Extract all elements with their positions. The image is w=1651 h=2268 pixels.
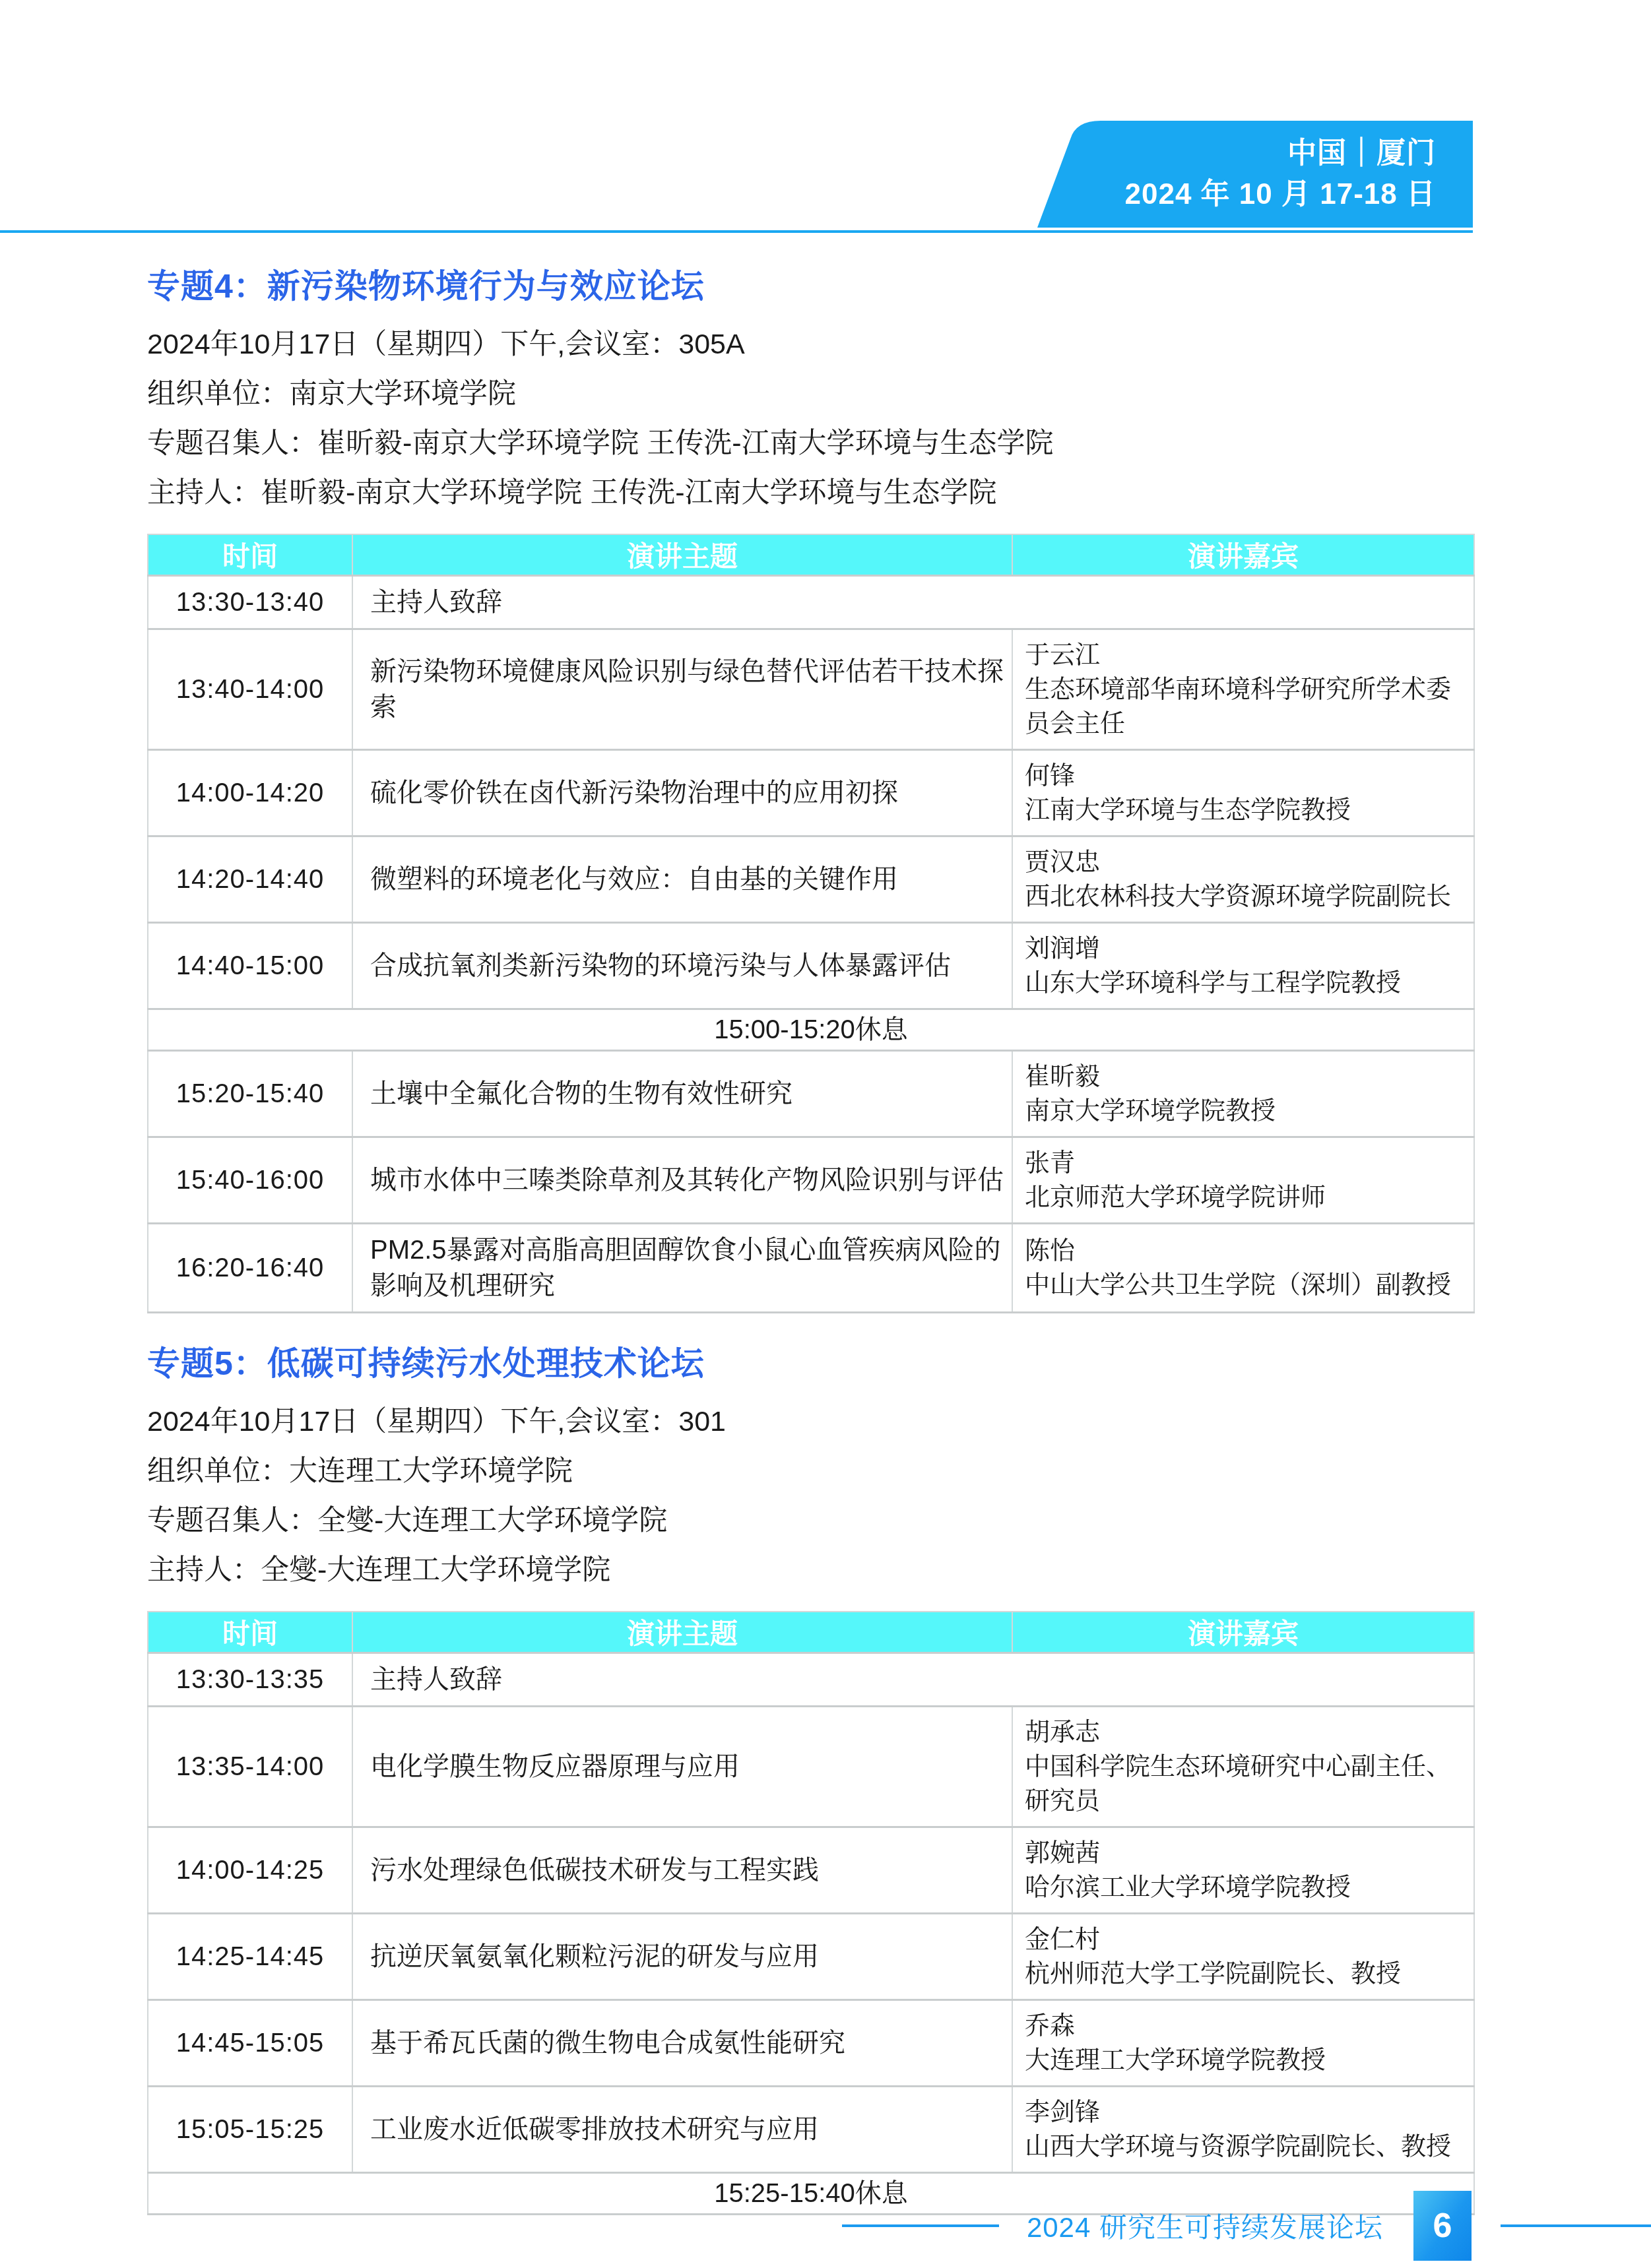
time-cell: 15:40-16:00 (148, 1137, 352, 1224)
break-row: 15:00-15:20休息 (148, 1009, 1474, 1051)
time-cell: 14:20-14:40 (148, 836, 352, 923)
section-meta: 2024年10月17日（星期四）下午,会议室：301组织单位：大连理工大学环境学… (147, 1407, 1473, 1585)
table-body: 13:30-13:40主持人致辞13:40-14:00新污染物环境健康风险识别与… (148, 576, 1474, 1313)
footer-divider-right (1501, 2224, 1651, 2227)
guest-name: 刘润增 (1025, 931, 1467, 966)
schedule-row: 13:35-14:00电化学膜生物反应器原理与应用胡承志中国科学院生态环境研究中… (148, 1707, 1474, 1827)
guest-cell: 崔昕毅南京大学环境学院教授 (1012, 1051, 1474, 1137)
time-cell: 14:45-15:05 (148, 2000, 352, 2087)
column-header: 时间 (148, 1612, 352, 1653)
guest-cell: 陈怡中山大学公共卫生学院（深圳）副教授 (1012, 1224, 1474, 1313)
schedule-row: 14:25-14:45抗逆厌氧氨氧化颗粒污泥的研发与应用金仁村杭州师范大学工学院… (148, 1914, 1474, 2000)
section-title: 专题5：低碳可持续污水处理技术论坛 (147, 1344, 1473, 1383)
section-meta-line: 主持人：崔昕毅-南京大学环境学院 王传洗-江南大学环境与生态学院 (147, 478, 1473, 507)
guest-affiliation: 山东大学环境科学与工程学院教授 (1025, 966, 1467, 1000)
time-cell: 13:30-13:35 (148, 1653, 352, 1707)
time-cell: 15:20-15:40 (148, 1051, 352, 1137)
topic-cell: 主持人致辞 (352, 1653, 1474, 1707)
guest-name: 郭婉茜 (1025, 1836, 1467, 1870)
topic-cell: 城市水体中三嗪类除草剂及其转化产物风险识别与评估 (352, 1137, 1012, 1224)
column-header: 演讲嘉宾 (1012, 1612, 1474, 1653)
guest-cell: 金仁村杭州师范大学工学院副院长、教授 (1012, 1914, 1474, 2000)
topic-cell: 合成抗氧剂类新污染物的环境污染与人体暴露评估 (352, 923, 1012, 1009)
schedule-row: 14:45-15:05基于希瓦氏菌的微生物电合成氨性能研究乔森大连理工大学环境学… (148, 2000, 1474, 2087)
table-header-row: 时间演讲主题演讲嘉宾 (148, 1612, 1474, 1653)
time-cell: 14:00-14:25 (148, 1827, 352, 1914)
guest-cell: 郭婉茜哈尔滨工业大学环境学院教授 (1012, 1827, 1474, 1914)
section-meta-line: 专题召集人：全燮-大连理工大学环境学院 (147, 1506, 1473, 1535)
section-title: 专题4：新污染物环境行为与效应论坛 (147, 267, 1473, 306)
schedule-row: 13:30-13:35主持人致辞 (148, 1653, 1474, 1707)
time-cell: 13:40-14:00 (148, 629, 352, 750)
footer-forum-name: 2024 研究生可持续发展论坛 (1027, 2206, 1383, 2246)
schedule-row: 16:20-16:40PM2.5暴露对高脂高胆固醇饮食小鼠心血管疾病风险的影响及… (148, 1224, 1474, 1313)
topic-cell: 微塑料的环境老化与效应：自由基的关键作用 (352, 836, 1012, 923)
section-meta-line: 主持人：全燮-大连理工大学环境学院 (147, 1556, 1473, 1585)
guest-name: 李剑锋 (1025, 2095, 1467, 2129)
guest-name: 崔昕毅 (1025, 1059, 1467, 1094)
time-cell: 14:00-14:20 (148, 750, 352, 836)
time-cell: 14:40-15:00 (148, 923, 352, 1009)
guest-affiliation: 哈尔滨工业大学环境学院教授 (1025, 1870, 1467, 1905)
section-meta-line: 组织单位：大连理工大学环境学院 (147, 1457, 1473, 1486)
topic-cell: 工业废水近低碳零排放技术研究与应用 (352, 2087, 1012, 2173)
schedule-row: 14:00-14:20硫化零价铁在卤代新污染物治理中的应用初探何锋江南大学环境与… (148, 750, 1474, 836)
guest-cell: 贾汉忠西北农林科技大学资源环境学院副院长 (1012, 836, 1474, 923)
page-number-badge: 6 (1413, 2191, 1472, 2261)
time-cell: 16:20-16:40 (148, 1224, 352, 1313)
topic-cell: 新污染物环境健康风险识别与绿色替代评估若干技术探索 (352, 629, 1012, 750)
guest-affiliation: 杭州师范大学工学院副院长、教授 (1025, 1957, 1467, 1991)
guest-affiliation: 南京大学环境学院教授 (1025, 1094, 1467, 1128)
guest-name: 于云江 (1025, 638, 1467, 672)
guest-cell: 于云江生态环境部华南环境科学研究所学术委员会主任 (1012, 629, 1474, 750)
topic-cell: 主持人致辞 (352, 576, 1474, 629)
schedule-table: 时间演讲主题演讲嘉宾 13:30-13:40主持人致辞13:40-14:00新污… (147, 534, 1475, 1313)
program-content: 专题4：新污染物环境行为与效应论坛 2024年10月17日（星期四）下午,会议室… (147, 0, 1473, 2215)
section-meta: 2024年10月17日（星期四）下午,会议室：305A组织单位：南京大学环境学院… (147, 330, 1473, 507)
session-section: 专题5：低碳可持续污水处理技术论坛 2024年10月17日（星期四）下午,会议室… (147, 1313, 1473, 2215)
column-header: 演讲主题 (352, 1612, 1012, 1653)
section-meta-line: 2024年10月17日（星期四）下午,会议室：301 (147, 1407, 1473, 1436)
time-cell: 14:25-14:45 (148, 1914, 352, 2000)
schedule-row: 14:00-14:25污水处理绿色低碳技术研发与工程实践郭婉茜哈尔滨工业大学环境… (148, 1827, 1474, 1914)
guest-affiliation: 山西大学环境与资源学院副院长、教授 (1025, 2129, 1467, 2164)
topic-cell: PM2.5暴露对高脂高胆固醇饮食小鼠心血管疾病风险的影响及机理研究 (352, 1224, 1012, 1313)
topic-cell: 基于希瓦氏菌的微生物电合成氨性能研究 (352, 2000, 1012, 2087)
schedule-row: 15:05-15:25工业废水近低碳零排放技术研究与应用李剑锋山西大学环境与资源… (148, 2087, 1474, 2173)
guest-cell: 胡承志中国科学院生态环境研究中心副主任、研究员 (1012, 1707, 1474, 1827)
schedule-row: 14:40-15:00合成抗氧剂类新污染物的环境污染与人体暴露评估刘润增山东大学… (148, 923, 1474, 1009)
footer-divider-left (842, 2224, 999, 2227)
schedule-row: 15:40-16:00城市水体中三嗪类除草剂及其转化产物风险识别与评估张青北京师… (148, 1137, 1474, 1224)
topic-cell: 土壤中全氟化合物的生物有效性研究 (352, 1051, 1012, 1137)
schedule-row: 15:20-15:40土壤中全氟化合物的生物有效性研究崔昕毅南京大学环境学院教授 (148, 1051, 1474, 1137)
topic-cell: 电化学膜生物反应器原理与应用 (352, 1707, 1012, 1827)
guest-affiliation: 西北农林科技大学资源环境学院副院长 (1025, 879, 1467, 914)
topic-cell: 抗逆厌氧氨氧化颗粒污泥的研发与应用 (352, 1914, 1012, 2000)
guest-affiliation: 大连理工大学环境学院教授 (1025, 2043, 1467, 2077)
session-section: 专题4：新污染物环境行为与效应论坛 2024年10月17日（星期四）下午,会议室… (147, 0, 1473, 1313)
time-cell: 15:05-15:25 (148, 2087, 352, 2173)
guest-affiliation: 北京师范大学环境学院讲师 (1025, 1180, 1467, 1214)
guest-affiliation: 中国科学院生态环境研究中心副主任、研究员 (1025, 1749, 1467, 1818)
guest-cell: 乔森大连理工大学环境学院教授 (1012, 2000, 1474, 2087)
section-meta-line: 2024年10月17日（星期四）下午,会议室：305A (147, 330, 1473, 359)
table-body: 13:30-13:35主持人致辞13:35-14:00电化学膜生物反应器原理与应… (148, 1653, 1474, 2215)
schedule-row: 13:40-14:00新污染物环境健康风险识别与绿色替代评估若干技术探索于云江生… (148, 629, 1474, 750)
guest-name: 乔森 (1025, 2009, 1467, 2043)
schedule-row: 13:30-13:40主持人致辞 (148, 576, 1474, 629)
guest-affiliation: 江南大学环境与生态学院教授 (1025, 793, 1467, 827)
guest-affiliation: 中山大学公共卫生学院（深圳）副教授 (1025, 1268, 1467, 1302)
guest-name: 金仁村 (1025, 1922, 1467, 1957)
table-header-row: 时间演讲主题演讲嘉宾 (148, 534, 1474, 576)
guest-cell: 刘润增山东大学环境科学与工程学院教授 (1012, 923, 1474, 1009)
section-meta-line: 组织单位：南京大学环境学院 (147, 379, 1473, 408)
guest-name: 贾汉忠 (1025, 845, 1467, 879)
page-footer: 2024 研究生可持续发展论坛 6 (0, 2189, 1651, 2263)
column-header: 演讲主题 (352, 534, 1012, 576)
guest-affiliation: 生态环境部华南环境科学研究所学术委员会主任 (1025, 672, 1467, 741)
schedule-table: 时间演讲主题演讲嘉宾 13:30-13:35主持人致辞13:35-14:00电化… (147, 1611, 1475, 2215)
column-header: 时间 (148, 534, 352, 576)
schedule-row: 14:20-14:40微塑料的环境老化与效应：自由基的关键作用贾汉忠西北农林科技… (148, 836, 1474, 923)
time-cell: 13:35-14:00 (148, 1707, 352, 1827)
guest-cell: 何锋江南大学环境与生态学院教授 (1012, 750, 1474, 836)
time-cell: 13:30-13:40 (148, 576, 352, 629)
guest-cell: 李剑锋山西大学环境与资源学院副院长、教授 (1012, 2087, 1474, 2173)
guest-cell: 张青北京师范大学环境学院讲师 (1012, 1137, 1474, 1224)
guest-name: 何锋 (1025, 759, 1467, 793)
section-meta-line: 专题召集人：崔昕毅-南京大学环境学院 王传洗-江南大学环境与生态学院 (147, 429, 1473, 458)
guest-name: 胡承志 (1025, 1715, 1467, 1749)
guest-name: 陈怡 (1025, 1234, 1467, 1268)
guest-name: 张青 (1025, 1146, 1467, 1180)
topic-cell: 硫化零价铁在卤代新污染物治理中的应用初探 (352, 750, 1012, 836)
topic-cell: 污水处理绿色低碳技术研发与工程实践 (352, 1827, 1012, 1914)
break-label: 15:00-15:20休息 (148, 1009, 1474, 1051)
column-header: 演讲嘉宾 (1012, 534, 1474, 576)
